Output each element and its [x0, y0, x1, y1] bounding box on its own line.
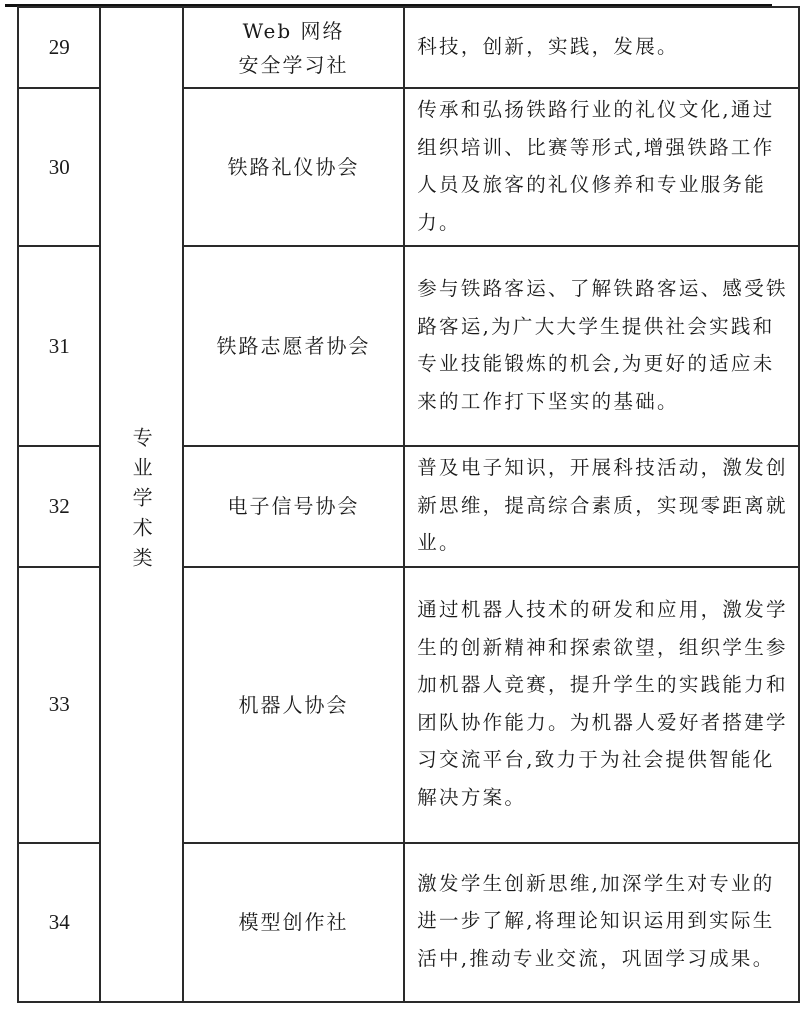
club-description: 科技，创新，实践，发展。 [404, 7, 799, 88]
row-number: 33 [18, 567, 100, 843]
club-description: 通过机器人技术的研发和应用，激发学生的创新精神和探索欲望，组织学生参加机器人竞赛… [404, 567, 799, 843]
row-number: 32 [18, 446, 100, 567]
club-name: 铁路志愿者协会 [183, 246, 404, 446]
category-cell: 专业学术类 [100, 7, 182, 1002]
row-number: 30 [18, 88, 100, 246]
club-description: 普及电子知识，开展科技活动，激发创新思维，提高综合素质，实现零距离就业。 [404, 446, 799, 567]
club-name: 电子信号协会 [183, 446, 404, 567]
club-description: 激发学生创新思维,加深学生对专业的进一步了解,将理论知识运用到实际生活中,推动专… [404, 843, 799, 1002]
club-name: 模型创作社 [183, 843, 404, 1002]
row-number: 29 [18, 7, 100, 88]
row-number: 31 [18, 246, 100, 446]
club-name: 铁路礼仪协会 [183, 88, 404, 246]
table-row: 29 专业学术类 Web 网络 安全学习社 科技，创新，实践，发展。 [18, 7, 799, 88]
club-name-text: Web 网络 安全学习社 [184, 14, 403, 82]
club-name: Web 网络 安全学习社 [183, 7, 404, 88]
club-description: 参与铁路客运、了解铁路客运、感受铁路客运,为广大大学生提供社会实践和专业技能锻炼… [404, 246, 799, 446]
club-table: 29 专业学术类 Web 网络 安全学习社 科技，创新，实践，发展。 30 铁路… [17, 6, 800, 1003]
club-name: 机器人协会 [183, 567, 404, 843]
club-description: 传承和弘扬铁路行业的礼仪文化,通过组织培训、比赛等形式,增强铁路工作人员及旅客的… [404, 88, 799, 246]
row-number: 34 [18, 843, 100, 1002]
category-label: 专业学术类 [127, 427, 156, 577]
